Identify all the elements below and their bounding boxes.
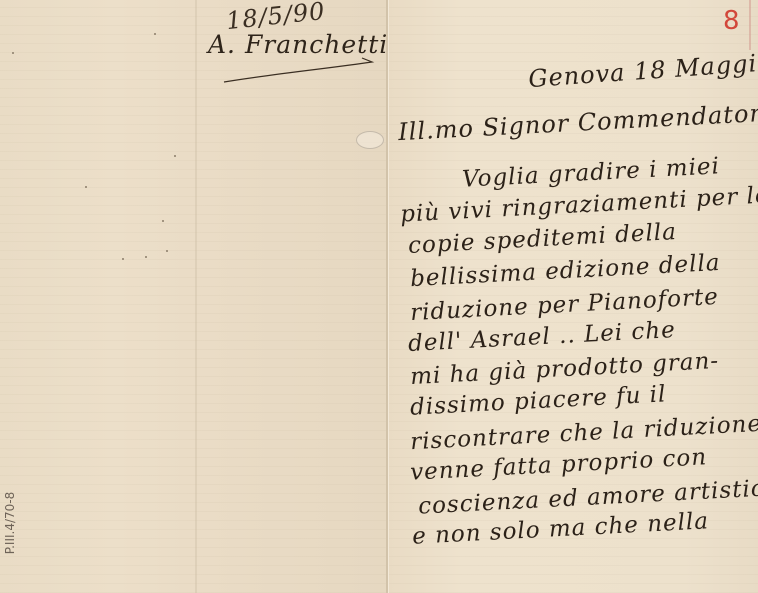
signature-flourish-icon: [222, 56, 382, 86]
archive-number: 8: [723, 6, 740, 36]
paper-crease: [195, 0, 197, 593]
letter-sheet: 18/5/90 A. Franchetti 8 P.III.4/70-8 Gen…: [0, 0, 758, 593]
paper-speck: [122, 258, 124, 260]
paper-speck: [154, 33, 156, 35]
paper-speck: [85, 186, 87, 188]
paper-speck: [162, 220, 164, 222]
paper-speck: [145, 256, 147, 258]
paper-speck: [166, 250, 168, 252]
red-margin-line: [749, 0, 751, 50]
shelfmark: P.III.4/70-8: [3, 473, 17, 573]
paper-speck: [174, 155, 176, 157]
center-fold: [386, 0, 388, 593]
docket-name: A. Franchetti: [208, 30, 388, 59]
left-page: [0, 0, 387, 593]
paper-speck: [12, 52, 14, 54]
embossed-stamp-icon: [356, 131, 384, 149]
